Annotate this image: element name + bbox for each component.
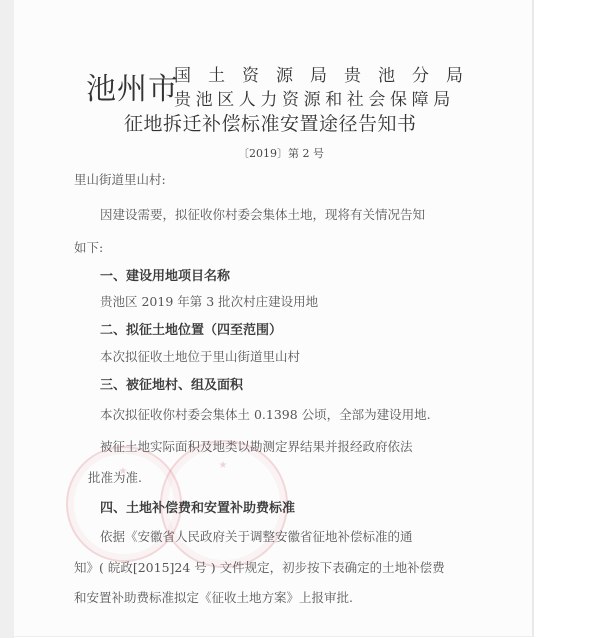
header-org-line-1: 国土资源局贵池分局	[174, 61, 480, 86]
seal-text: ★	[162, 460, 286, 471]
section-3-heading: 三、被征地村、组及面积	[100, 374, 243, 393]
document-title: 征地拆迁补偿标准安置途径告知书	[124, 109, 417, 136]
section-2-line-1: 本次拟征收土地位于里山街道里山村	[100, 347, 300, 365]
document-number: 〔2019〕第 2 号	[238, 145, 324, 161]
section-3-line-2: 被征土地实际面积及地类以勘测定界结果并报经政府依法	[100, 437, 413, 455]
section-2-heading: 二、拟征土地位置（四至范围）	[100, 319, 282, 338]
section-3-line-1: 本次拟征收你村委会集体土 0.1398 公顷，全部为建设用地.	[100, 405, 431, 423]
section-4-line-3: 和安置补助费标准拟定《征收土地方案》上报审批.	[74, 588, 353, 606]
section-4-line-2: 知》( 皖政[2015]24 号 ) 文件规定，初步按下表确定的土地补偿费	[74, 558, 445, 576]
intro-line-2: 如下:	[74, 238, 103, 256]
section-3-line-3: 批准为准.	[88, 468, 142, 486]
viewer-margin	[0, 0, 14, 638]
document-page: ★ ★ 池州市 国土资源局贵池分局 贵池区人力资源和社会保障局 征地拆迁补偿标准…	[14, 0, 534, 637]
intro-line-1: 因建设需要，拟征收你村委会集体土地，现将有关情况告知	[100, 205, 425, 223]
addressee: 里山街道里山村:	[74, 170, 166, 188]
section-4-line-1: 依据《安徽省人民政府关于调整安徽省征地补偿标准的通	[100, 527, 413, 545]
section-1-heading: 一、建设用地项目名称	[100, 265, 230, 284]
header-city: 池州市	[86, 64, 179, 108]
header-org-line-2: 贵池区人力资源和社会保障局	[174, 85, 455, 110]
section-4-heading: 四、土地补偿费和安置补助费标准	[100, 497, 295, 516]
section-1-line-1: 贵池区 2019 年第 3 批次村庄建设用地	[100, 292, 318, 310]
